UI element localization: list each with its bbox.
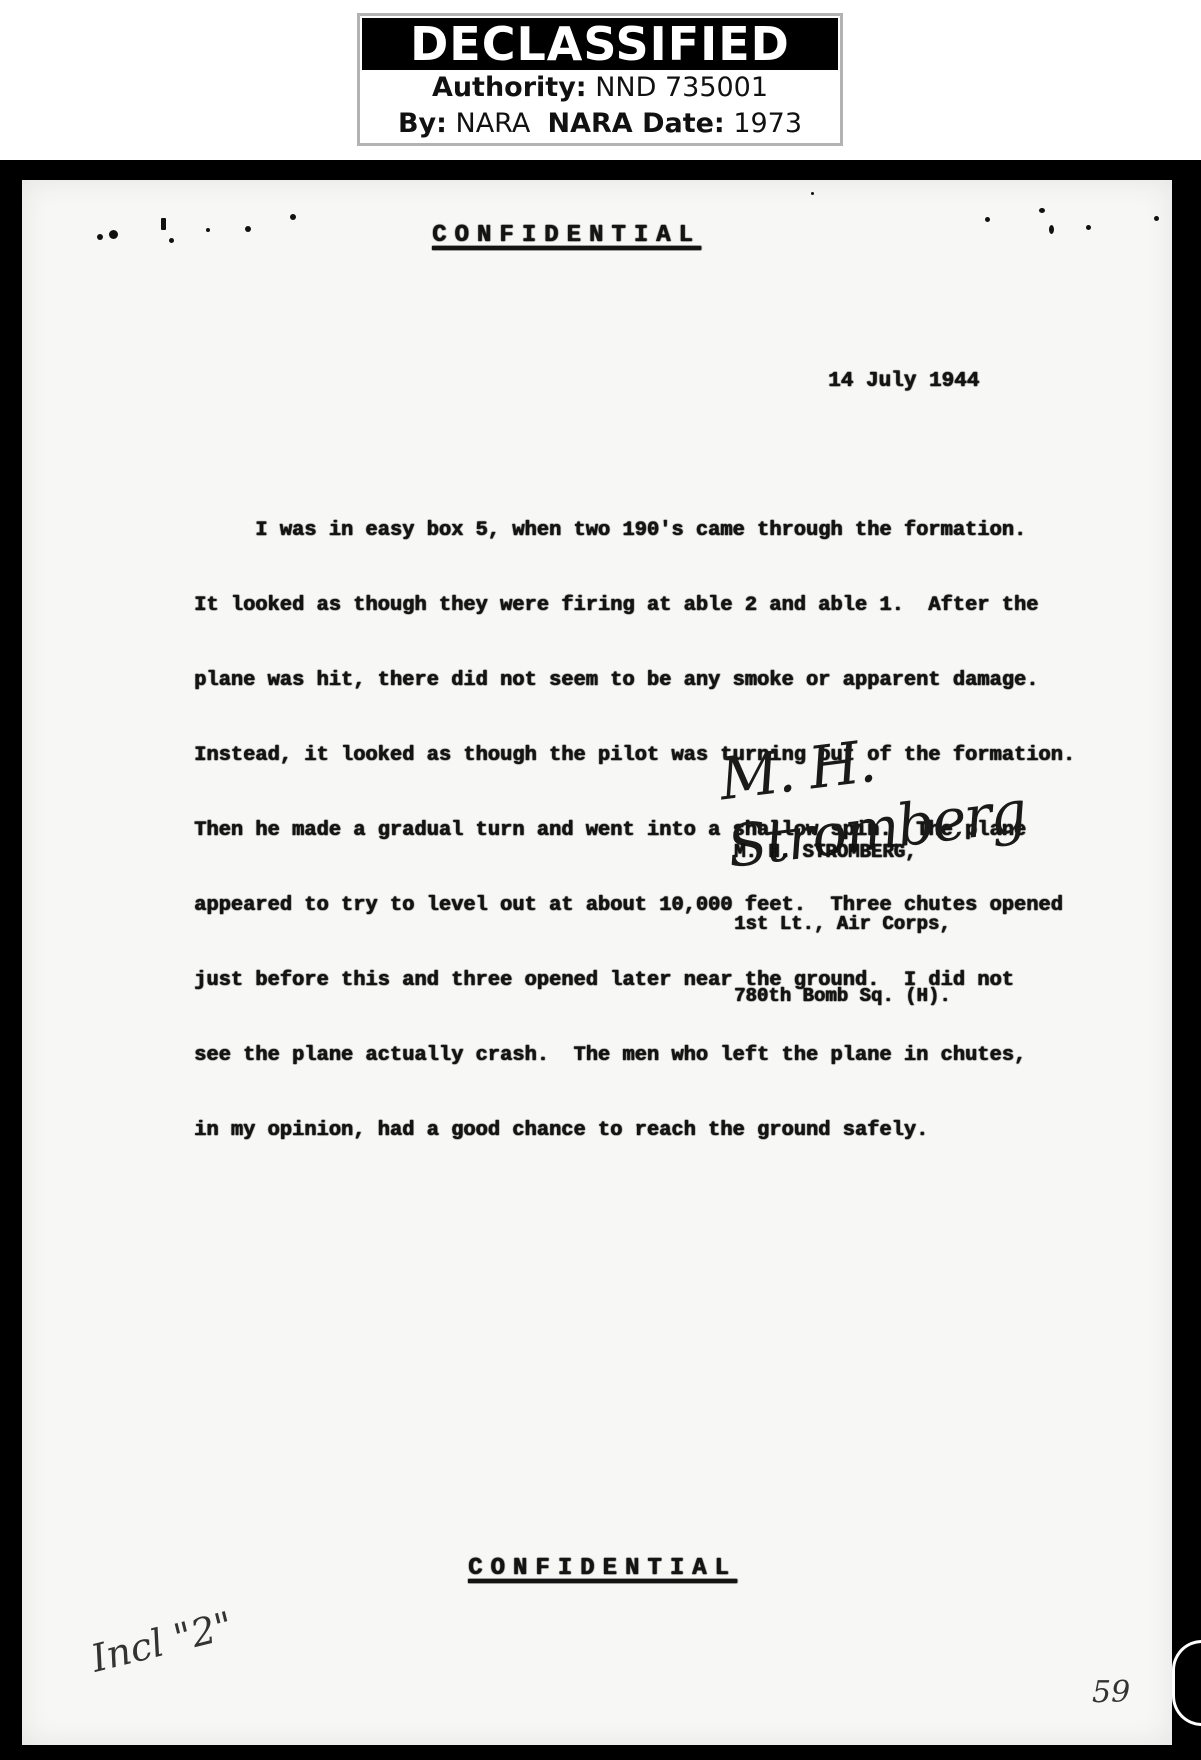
scan-speck [985, 217, 990, 222]
body-line: I was in easy box 5, when two 190's came… [194, 518, 1094, 543]
scan-speck [1039, 208, 1045, 213]
scan-speck [206, 228, 210, 232]
by-label: By: [398, 108, 447, 139]
body-line: just before this and three opened later … [194, 968, 1094, 993]
body-line: appeared to try to level out at about 10… [194, 893, 1094, 918]
scan-speck [161, 218, 166, 230]
scan-speck [109, 230, 118, 239]
scan-speck [1154, 216, 1159, 221]
stamp-title: DECLASSIFIED [362, 18, 838, 70]
body-line: see the plane actually crash. The men wh… [194, 1043, 1094, 1068]
stamp-by-date: By: NARA NARA Date: 1973 [360, 106, 840, 142]
authority-label: Authority: [432, 72, 587, 103]
date-value: 1973 [733, 108, 802, 139]
signatory-rank: 1st Lt., Air Corps, [734, 912, 951, 936]
scan-speck [290, 214, 296, 220]
date-label: NARA Date: [548, 108, 725, 139]
signatory-unit: 780th Bomb Sq. (H). [734, 984, 951, 1008]
classification-header: CONFIDENTIAL [432, 222, 701, 249]
signature-block: M. H. STROMBERG, 1st Lt., Air Corps, 780… [734, 792, 951, 1056]
body-line: in my opinion, had a good chance to reac… [194, 1118, 1094, 1143]
authority-value: NND 735001 [595, 72, 768, 103]
enclosure-note: Incl "2" [87, 1603, 238, 1681]
scan-speck [811, 192, 814, 195]
scanned-page: CONFIDENTIAL 14 July 1944 I was in easy … [0, 160, 1201, 1760]
classification-footer: CONFIDENTIAL [468, 1555, 737, 1582]
by-value: NARA [456, 108, 531, 139]
declassification-stamp: DECLASSIFIED Authority: NND 735001 By: N… [357, 13, 843, 146]
scan-speck [1049, 225, 1054, 234]
scan-speck [97, 234, 103, 240]
body-line: plane was hit, there did not seem to be … [194, 668, 1094, 693]
page-number: 59 [1092, 1675, 1130, 1710]
document-date: 14 July 1944 [828, 370, 979, 393]
scan-speck [169, 238, 174, 243]
scan-speck [1086, 225, 1091, 230]
body-line: It looked as though they were firing at … [194, 593, 1094, 618]
stamp-authority: Authority: NND 735001 [360, 70, 840, 106]
scan-speck [245, 226, 251, 232]
signatory-name: M. H. STROMBERG, [734, 840, 951, 864]
paper-sheet: CONFIDENTIAL 14 July 1944 I was in easy … [22, 180, 1172, 1745]
paper-clip-mark [1172, 1640, 1201, 1726]
